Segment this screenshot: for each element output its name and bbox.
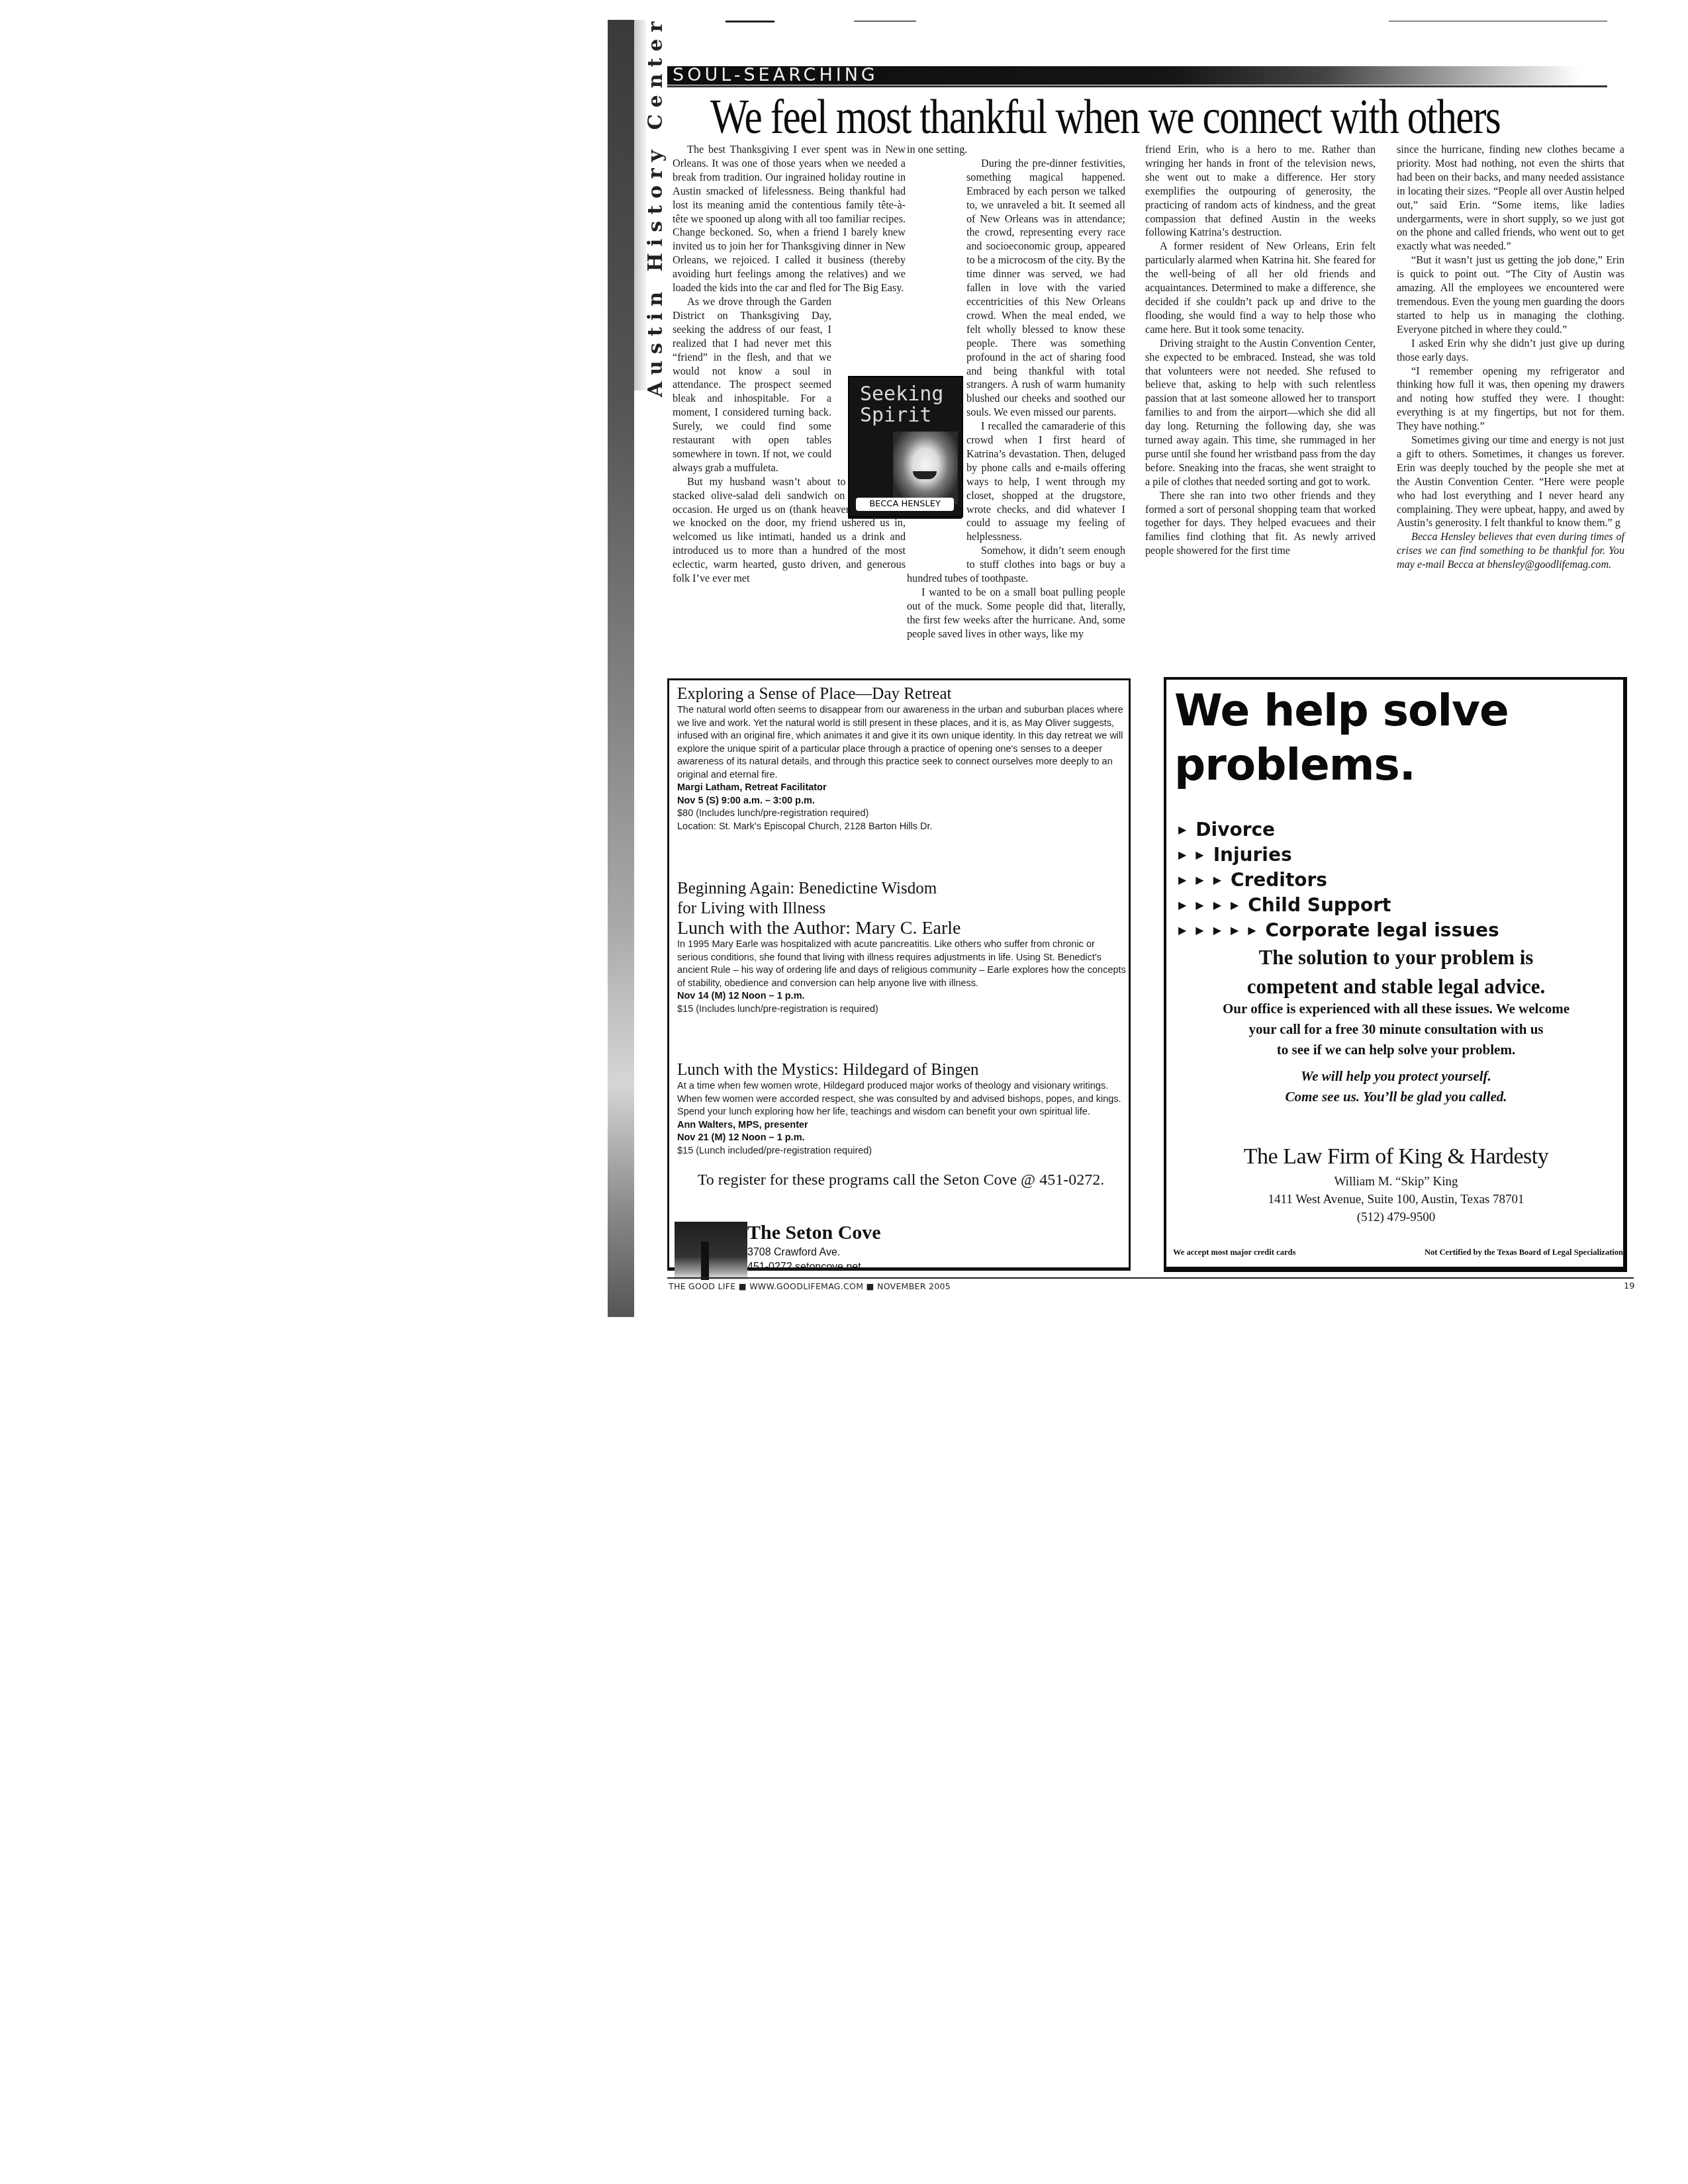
author-bio: Becca Hensley believes that even during … xyxy=(1397,530,1624,572)
law-firm-ad: We help solve problems. ▶Divorce ▶▶Injur… xyxy=(1164,677,1627,1272)
paragraph: There she ran into two other friends and… xyxy=(1145,489,1376,559)
paragraph: “But it wasn’t just us getting the job d… xyxy=(1397,253,1624,336)
section-rule xyxy=(667,85,1607,87)
seton-cove-ad: Exploring a Sense of Place—Day Retreat T… xyxy=(667,678,1131,1271)
service-item: ▶Divorce xyxy=(1178,817,1499,842)
triangle-bullet-icon: ▶ xyxy=(1231,924,1239,936)
event-title: Beginning Again: Benedictine Wisdom xyxy=(677,879,1127,899)
paragraph: friend Erin, who is a hero to me. Rather… xyxy=(1145,143,1376,240)
consultation-offer: Our office is experienced with all these… xyxy=(1166,999,1626,1060)
seton-cove-tree-logo-icon xyxy=(675,1222,747,1280)
event-price: $80 (Includes lunch/pre-registration req… xyxy=(677,807,1127,821)
archive-stamp: Austin History Center xyxy=(644,15,667,397)
event-description: At a time when few women wrote, Hildegar… xyxy=(677,1080,1127,1119)
service-item: ▶▶Injuries xyxy=(1178,842,1499,868)
paragraph: since the hurricane, finding new clothes… xyxy=(1397,143,1624,253)
footer-rule xyxy=(667,1277,1634,1279)
columnist-name: BECCA HENSLEY xyxy=(856,498,954,511)
event-price: $15 (Includes lunch/pre-registration is … xyxy=(677,1003,1127,1017)
event-title: for Living with Illness xyxy=(677,899,1127,919)
service-item: ▶▶▶▶Child Support xyxy=(1178,893,1499,918)
firm-address: 1411 West Avenue, Suite 100, Austin, Tex… xyxy=(1166,1191,1626,1208)
credit-card-note: We accept most major credit cards xyxy=(1173,1248,1295,1257)
event-beginning-again: Beginning Again: Benedictine Wisdom for … xyxy=(677,879,1127,1016)
paragraph: in one setting. xyxy=(907,143,1125,157)
triangle-bullet-icon: ▶ xyxy=(1213,899,1221,911)
firm-name: The Law Firm of King & Hardesty xyxy=(1166,1144,1626,1169)
event-when: Nov 14 (M) 12 Noon – 1 p.m. xyxy=(677,990,1127,1003)
paragraph: A former resident of New Orleans, Erin f… xyxy=(1145,240,1376,336)
event-title: Exploring a Sense of Place—Day Retreat xyxy=(677,684,1127,704)
archive-edge-strip xyxy=(608,20,634,1317)
top-rule xyxy=(1389,21,1607,22)
solution-statement: The solution to your problem is competen… xyxy=(1166,943,1626,1001)
firm-phone: (512) 479-9500 xyxy=(1166,1208,1626,1226)
triangle-bullet-icon: ▶ xyxy=(1213,924,1221,936)
triangle-bullet-icon: ▶ xyxy=(1178,874,1186,886)
event-when: Nov 21 (M) 12 Noon – 1 p.m. xyxy=(677,1132,1127,1145)
triangle-bullet-icon: ▶ xyxy=(1178,848,1186,861)
article-column-1: The best Thanksgiving I ever spent was i… xyxy=(673,143,906,586)
service-item: ▶▶▶Creditors xyxy=(1178,868,1499,893)
firm-contact: William M. “Skip” King 1411 West Avenue,… xyxy=(1166,1173,1626,1226)
section-label: SOUL-SEARCHING xyxy=(673,65,878,85)
law-ad-headline: We help solve problems. xyxy=(1174,684,1509,792)
paragraph: “I remember opening my refrigerator and … xyxy=(1397,365,1624,434)
triangle-bullet-icon: ▶ xyxy=(1178,823,1186,836)
event-price: $15 (Lunch included/pre-registration req… xyxy=(677,1145,1127,1158)
triangle-bullet-icon: ▶ xyxy=(1196,924,1203,936)
event-sense-of-place: Exploring a Sense of Place—Day Retreat T… xyxy=(677,684,1127,833)
section-bar: SOUL-SEARCHING xyxy=(667,66,1581,85)
paragraph: I wanted to be on a small boat pulling p… xyxy=(907,586,1125,641)
event-presenter: Ann Walters, MPS, presenter xyxy=(677,1119,1127,1132)
services-list: ▶Divorce ▶▶Injuries ▶▶▶Creditors ▶▶▶▶Chi… xyxy=(1178,817,1499,943)
fine-print: We accept most major credit cards Not Ce… xyxy=(1173,1248,1623,1257)
paragraph: Sometimes giving our time and energy is … xyxy=(1397,433,1624,530)
event-presenter: Margi Latham, Retreat Facilitator xyxy=(677,782,1127,795)
paragraph: Driving straight to the Austin Conventio… xyxy=(1145,337,1376,489)
attorney-name: William M. “Skip” King xyxy=(1166,1173,1626,1191)
event-when: Nov 5 (S) 9:00 a.m. – 3:00 p.m. xyxy=(677,795,1127,808)
event-title: Lunch with the Mystics: Hildegard of Bin… xyxy=(677,1060,1127,1080)
triangle-bullet-icon: ▶ xyxy=(1231,899,1239,911)
columnist-photo xyxy=(893,432,958,504)
event-location: Location: St. Mark's Episcopal Church, 2… xyxy=(677,821,1127,834)
certification-disclaimer: Not Certified by the Texas Board of Lega… xyxy=(1425,1248,1623,1257)
triangle-bullet-icon: ▶ xyxy=(1196,899,1203,911)
seton-cove-name: The Seton Cove xyxy=(747,1222,881,1244)
column-title: Seeking Spirit xyxy=(860,384,962,426)
triangle-bullet-icon: ▶ xyxy=(1196,848,1203,861)
article-column-3: friend Erin, who is a hero to me. Rather… xyxy=(1145,143,1376,558)
top-rule xyxy=(726,21,774,23)
event-hildegard: Lunch with the Mystics: Hildegard of Bin… xyxy=(677,1060,1127,1158)
event-subtitle: Lunch with the Author: Mary C. Earle xyxy=(677,919,1127,938)
seton-cove-contact: 3708 Crawford Ave. 451-0272 setoncove.ne… xyxy=(747,1246,861,1275)
triangle-bullet-icon: ▶ xyxy=(1178,899,1186,911)
article-headline: We feel most thankful when we connect wi… xyxy=(710,89,1500,146)
seton-cove-phone-web: 451-0272 setoncove.net xyxy=(747,1260,861,1275)
paragraph: I asked Erin why she didn’t just give up… xyxy=(1397,337,1624,365)
tree-trunk xyxy=(701,1242,709,1280)
seton-cove-address: 3708 Crawford Ave. xyxy=(747,1246,861,1260)
paragraph: The best Thanksgiving I ever spent was i… xyxy=(673,143,906,295)
event-description: In 1995 Mary Earle was hospitalized with… xyxy=(677,938,1127,990)
photo-smile xyxy=(913,471,937,479)
triangle-bullet-icon: ▶ xyxy=(1178,924,1186,936)
triangle-bullet-icon: ▶ xyxy=(1196,874,1203,886)
magazine-page: Austin History Center SOUL-SEARCHING We … xyxy=(608,20,1640,1327)
event-description: The natural world often seems to disappe… xyxy=(677,704,1127,782)
triangle-bullet-icon: ▶ xyxy=(1213,874,1221,886)
columnist-box: Seeking Spirit BECCA HENSLEY xyxy=(848,376,963,518)
register-text: To register for these programs call the … xyxy=(669,1171,1133,1189)
tagline: We will help you protect yourself. Come … xyxy=(1166,1066,1626,1107)
service-item: ▶▶▶▶▶Corporate legal issues xyxy=(1178,918,1499,943)
paragraph: As we drove through the Garden District … xyxy=(673,295,831,475)
top-rule xyxy=(854,21,916,22)
page-number: 19 xyxy=(1624,1281,1635,1291)
box-rule xyxy=(848,518,962,519)
footer-publication: THE GOOD LIFE ■ WWW.GOODLIFEMAG.COM ■ NO… xyxy=(669,1281,951,1291)
article-column-4: since the hurricane, finding new clothes… xyxy=(1397,143,1624,572)
triangle-bullet-icon: ▶ xyxy=(1248,924,1256,936)
